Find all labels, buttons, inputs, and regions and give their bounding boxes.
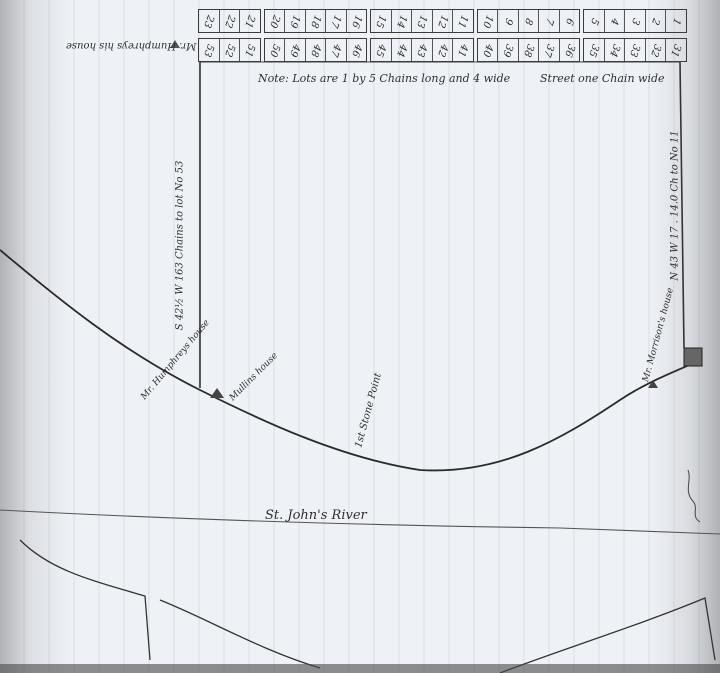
- lot-cell: 36: [560, 39, 580, 61]
- east-boundary-line: [680, 62, 684, 348]
- lot-group: 15 14 13 12 11: [370, 9, 474, 33]
- east-line-label: N 43 W 17 . 14.0 Ch to No 11: [670, 130, 681, 280]
- lot-cell: 39: [498, 39, 519, 61]
- lot-group: 53 52 51: [198, 38, 261, 62]
- lot-group: 20 19 18 17 16: [264, 9, 368, 33]
- lot-cell: 22: [220, 10, 241, 32]
- house-marker-center: [210, 388, 224, 398]
- lot-group: 35 34 33 32 31: [583, 38, 687, 62]
- lot-cell: 2: [646, 10, 667, 32]
- lot-cell: 34: [605, 39, 626, 61]
- lot-cell: 41: [453, 39, 473, 61]
- lots-caption: Note: Lots are 1 by 5 Chains long and 4 …: [258, 72, 510, 85]
- lot-group: 40 39 38 37 36: [477, 38, 581, 62]
- lot-cell: 11: [453, 10, 473, 32]
- lot-cell: 1: [666, 10, 686, 32]
- lot-group: 45 44 43 42 41: [370, 38, 474, 62]
- lot-cell: 45: [371, 39, 392, 61]
- house-marker-right: [684, 348, 702, 366]
- lot-cell: 49: [285, 39, 306, 61]
- lot-cell: 7: [539, 10, 560, 32]
- lot-cell: 50: [265, 39, 286, 61]
- lot-cell: 46: [347, 39, 367, 61]
- lot-cell: 19: [285, 10, 306, 32]
- lot-cell: 5: [584, 10, 605, 32]
- lot-group: 5 4 3 2 1: [583, 9, 687, 33]
- top-left-house-note: Mr. Humphreys his house: [66, 40, 196, 51]
- lot-cell: 8: [519, 10, 540, 32]
- lot-grid-top-row: 23 22 21 20 19 18 17 16 15 14 13 12 11 1…: [198, 9, 690, 33]
- lot-cell: 31: [666, 39, 686, 61]
- lot-cell: 44: [392, 39, 413, 61]
- lot-cell: 51: [240, 39, 260, 61]
- lot-cell: 33: [625, 39, 646, 61]
- map-linework: [0, 0, 720, 673]
- lot-cell: 3: [625, 10, 646, 32]
- lot-cell: 12: [433, 10, 454, 32]
- lot-group: 10 9 8 7 6: [477, 9, 581, 33]
- lot-cell: 18: [306, 10, 327, 32]
- lot-cell: 23: [199, 10, 220, 32]
- lot-cell: 47: [326, 39, 347, 61]
- lot-cell: 43: [412, 39, 433, 61]
- lot-cell: 38: [519, 39, 540, 61]
- lot-cell: 6: [560, 10, 580, 32]
- river-north-bank: [0, 250, 700, 470]
- lot-cell: 15: [371, 10, 392, 32]
- lot-cell: 17: [326, 10, 347, 32]
- east-creek: [688, 470, 700, 522]
- river-label: St. John's River: [265, 508, 367, 523]
- lot-cell: 16: [347, 10, 367, 32]
- lot-cell: 10: [478, 10, 499, 32]
- scan-bottom-edge: [0, 664, 720, 673]
- street-caption: Street one Chain wide: [540, 72, 665, 85]
- lot-cell: 13: [412, 10, 433, 32]
- south-bank-right: [500, 598, 715, 673]
- west-line-label: S 42½ W 163 Chains to lot No 53: [174, 161, 185, 331]
- lot-cell: 32: [646, 39, 667, 61]
- lot-cell: 14: [392, 10, 413, 32]
- lot-cell: 53: [199, 39, 220, 61]
- south-bank-left: [20, 540, 320, 668]
- lot-cell: 37: [539, 39, 560, 61]
- lot-cell: 20: [265, 10, 286, 32]
- lot-cell: 4: [605, 10, 626, 32]
- lot-cell: 52: [220, 39, 241, 61]
- lot-cell: 48: [306, 39, 327, 61]
- lot-group: 50 49 48 47 46: [264, 38, 368, 62]
- lot-cell: 9: [498, 10, 519, 32]
- lot-cell: 42: [433, 39, 454, 61]
- lot-cell: 35: [584, 39, 605, 61]
- lot-cell: 40: [478, 39, 499, 61]
- map-canvas: 23 22 21 20 19 18 17 16 15 14 13 12 11 1…: [0, 0, 720, 673]
- lot-grid-bottom-row: 53 52 51 50 49 48 47 46 45 44 43 42 41 4…: [198, 38, 690, 62]
- lot-group: 23 22 21: [198, 9, 261, 33]
- lot-cell: 21: [240, 10, 260, 32]
